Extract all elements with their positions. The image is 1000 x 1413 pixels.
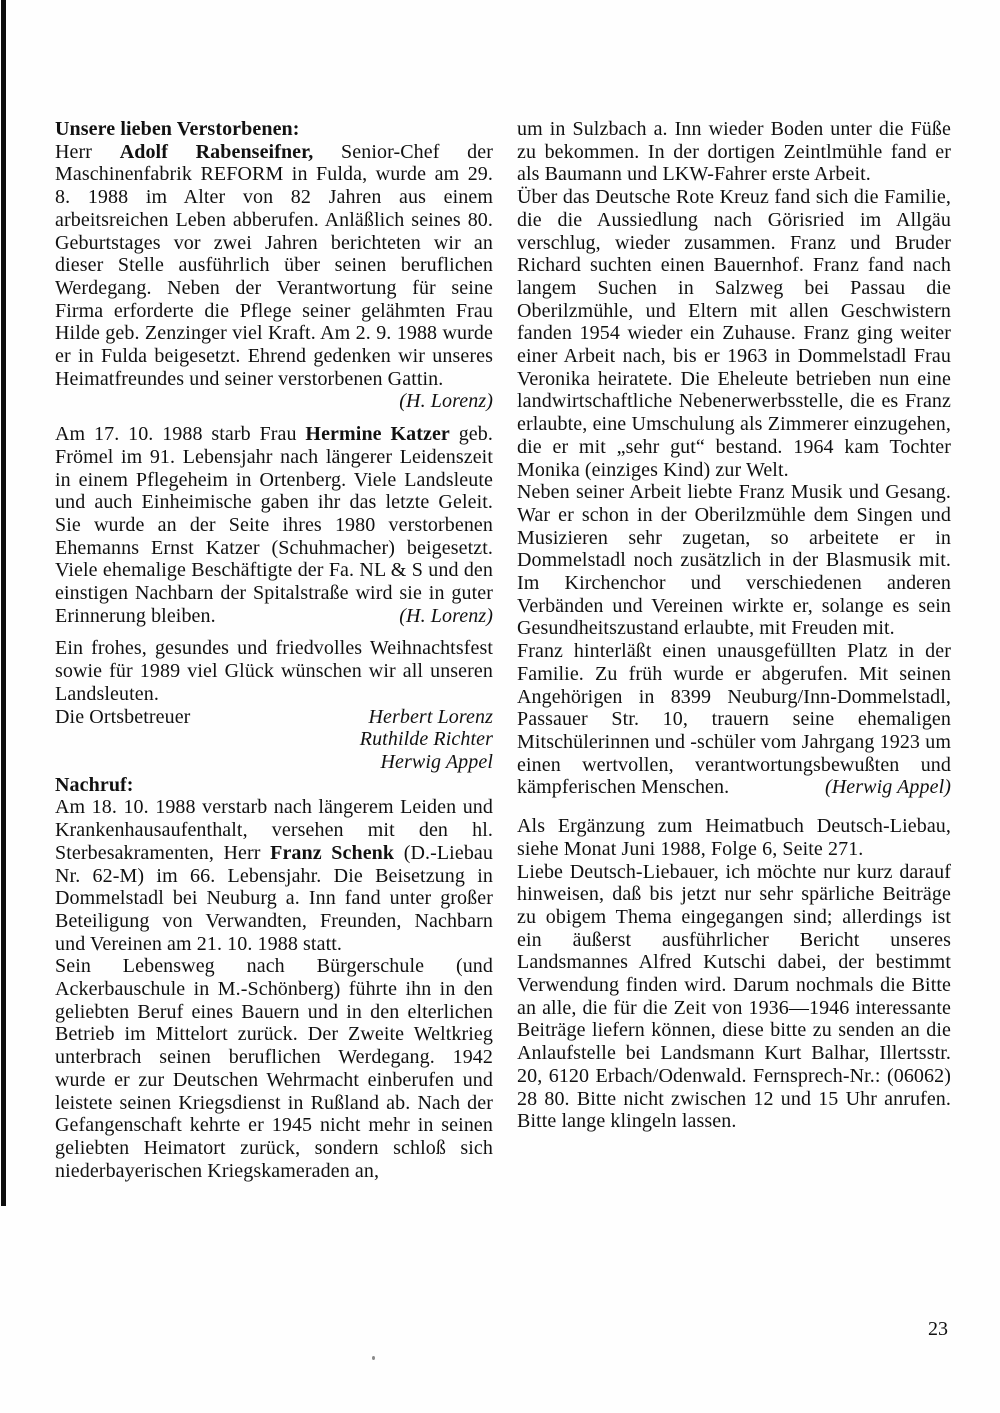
obituary-schenk-part1: Am 18. 10. 1988 verstarb nach längerem L…: [55, 796, 493, 955]
text-segment: Hermine Katzer: [305, 423, 449, 445]
text-segment: Herr: [55, 141, 120, 163]
text-segment: Unsere lieben Verstorbenen:: [55, 118, 300, 140]
text-segment: Die Ortsbetreuer: [55, 706, 190, 728]
right-column: um in Sulzbach a. Inn wieder Boden unter…: [517, 118, 951, 1133]
inline-signature: (Herwig Appel): [825, 776, 951, 799]
text-segment: Nachruf:: [55, 774, 134, 796]
text-segment: Senior-Chef der Maschinenfabrik REFORM i…: [55, 141, 493, 390]
text-segment: Franz Schenk: [270, 842, 394, 864]
text-segment: Als Ergänzung zum Heimatbuch Deutsch-Lie…: [517, 815, 951, 860]
scanned-page: Unsere lieben Verstorbenen:Herr Adolf Ra…: [0, 0, 1000, 1413]
heading-nachruf: Nachruf:: [55, 774, 493, 797]
obituary-schenk-part2: Sein Lebensweg nach Bürgerschule (und Ac…: [55, 955, 493, 1182]
text-segment: Liebe Deutsch-Liebauer, ich möchte nur k…: [517, 861, 951, 1133]
christmas-greeting: Ein frohes, gesundes und friedvolles Wei…: [55, 637, 493, 705]
signature-richter: Ruthilde Richter: [55, 728, 493, 751]
heading-verstorbene: Unsere lieben Verstorbenen:: [55, 118, 493, 141]
obituary-katzer: Am 17. 10. 1988 starb Frau Hermine Katze…: [55, 423, 493, 627]
text-segment: Franz hinterläßt einen unausgefüllten Pl…: [517, 640, 951, 798]
text-segment: Neben seiner Arbeit liebte Franz Musik u…: [517, 481, 951, 639]
text-segment: Sein Lebensweg nach Bürgerschule (und Ac…: [55, 955, 493, 1181]
inline-signature: (H. Lorenz): [399, 605, 493, 628]
text-segment: Ein frohes, gesundes und friedvolles Wei…: [55, 637, 493, 704]
text-segment: geb. Frömel im 91. Lebensjahr nach länge…: [55, 423, 493, 627]
text-segment: Ruthilde Richter: [360, 728, 493, 750]
obituary-schenk-part5: Neben seiner Arbeit liebte Franz Musik u…: [517, 481, 951, 640]
obituary-rabenseifner: Herr Adolf Rabenseifner, Senior-Chef der…: [55, 141, 493, 391]
scan-edge-artifact-bar: [1, 0, 6, 1206]
obituary-schenk-part6: Franz hinterläßt einen unausgefüllten Pl…: [517, 640, 951, 799]
signature-lorenz-1: (H. Lorenz): [55, 390, 493, 413]
text-segment: Herwig Appel: [381, 751, 494, 773]
left-column: Unsere lieben Verstorbenen:Herr Adolf Ra…: [55, 118, 493, 1182]
text-segment: Am 17. 10. 1988 starb Frau: [55, 423, 305, 445]
page-number: 23: [928, 1318, 948, 1341]
text-segment: (H. Lorenz): [399, 390, 493, 412]
text-segment: Über das Deutsche Rote Kreuz fand sich d…: [517, 186, 951, 480]
contribution-appeal: Liebe Deutsch-Liebauer, ich möchte nur k…: [517, 861, 951, 1133]
heimatbuch-note: Als Ergänzung zum Heimatbuch Deutsch-Lie…: [517, 815, 951, 860]
text-segment: um in Sulzbach a. Inn wieder Boden unter…: [517, 118, 951, 185]
obituary-schenk-part4: Über das Deutsche Rote Kreuz fand sich d…: [517, 186, 951, 481]
scan-speck: [372, 1356, 375, 1360]
ortsbetreuer-line: Die OrtsbetreuerHerbert Lorenz: [55, 706, 493, 729]
text-segment: Adolf Rabenseifner,: [120, 141, 314, 163]
signature-appel: Herwig Appel: [55, 751, 493, 774]
inline-signature: Herbert Lorenz: [368, 706, 493, 729]
obituary-schenk-part3: um in Sulzbach a. Inn wieder Boden unter…: [517, 118, 951, 186]
